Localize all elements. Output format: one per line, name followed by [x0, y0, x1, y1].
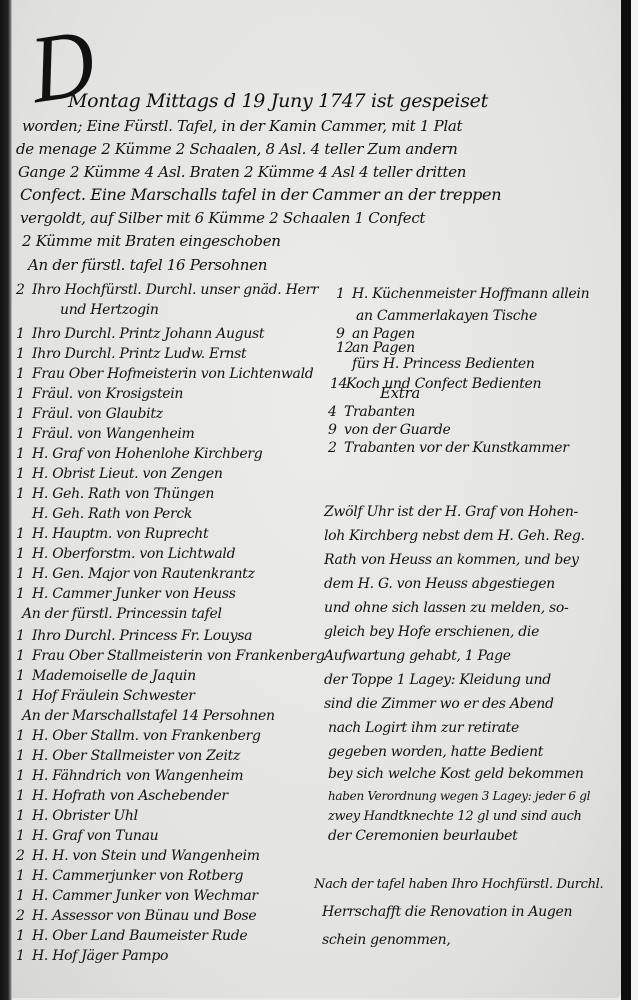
list-item: 1H. Hof Jäger Pampo: [16, 948, 168, 965]
list-item: 1H. Cammer Junker von Heuss: [16, 586, 236, 603]
paragraph-line: Rath von Heuss an kommen, und bey: [324, 552, 579, 569]
list-item: 1H. Obrister Uhl: [16, 808, 138, 825]
list-item: an Cammerlakayen Tische: [356, 308, 537, 325]
list-item: 1H. Obrist Lieut. von Zengen: [16, 466, 223, 483]
list-item: 1H. Ober Land Baumeister Rude: [16, 928, 247, 945]
paragraph-line: gegeben worden, hatte Bedient: [328, 744, 543, 761]
right-scan-edge: [621, 0, 631, 1000]
paragraph-line: gleich bey Hofe erschienen, die: [324, 624, 539, 641]
paragraph-line: haben Verordnung wegen 3 Lagey: jeder 6 …: [328, 788, 590, 805]
list-item: 1H. Ober Stallm. von Frankenberg: [16, 728, 261, 745]
list-item: 1H. Cammer Junker von Wechmar: [16, 888, 258, 905]
header-line-5: Confect. Eine Marschalls tafel in der Ca…: [20, 186, 501, 204]
header-line-6: vergoldt, auf Silber mit 6 Kümme 2 Schaa…: [20, 209, 425, 227]
list-item: 1H. Oberforstm. von Lichtwald: [16, 546, 235, 563]
paragraph-line: der Ceremonien beurlaubet: [328, 828, 518, 845]
paragraph-line: Herrschafft die Renovation in Augen: [322, 904, 572, 921]
extra-heading: Extra: [380, 384, 420, 402]
list-item: 1Mademoiselle de Jaquin: [16, 668, 196, 685]
list-item: 2Trabanten vor der Kunstkammer: [328, 440, 569, 457]
paragraph-line: sind die Zimmer wo er des Abend: [324, 696, 554, 713]
header-line-3: de menage 2 Kümme 2 Schaalen, 8 Asl. 4 t…: [16, 140, 458, 158]
list-item: 1H. Hauptm. von Ruprecht: [16, 526, 208, 543]
header-line-2: worden; Eine Fürstl. Tafel, in der Kamin…: [22, 117, 462, 135]
list-item: 1H. Küchenmeister Hoffmann allein: [336, 286, 589, 303]
list-item: 1Frau Ober Stallmeisterin von Frankenber…: [16, 648, 325, 665]
paragraph-line: dem H. G. von Heuss abgestiegen: [324, 576, 555, 593]
list-item: 1Ihro Durchl. Printz Johann August: [16, 326, 264, 343]
list-item: 1H. Geh. Rath von Thüngen: [16, 486, 214, 503]
paragraph-line: Aufwartung gehabt, 1 Page: [324, 648, 511, 665]
paragraph-line: loh Kirchberg nebst dem H. Geh. Reg.: [324, 528, 585, 545]
paragraph-line: und ohne sich lassen zu melden, so-: [324, 600, 568, 617]
list-item: 1H. Graf von Tunau: [16, 828, 158, 845]
list-item: 1H. Graf von Hohenlohe Kirchberg: [16, 446, 262, 463]
list-item: 1Hof Fräulein Schwester: [16, 688, 195, 705]
list-item: 1H. Ober Stallmeister von Zeitz: [16, 748, 240, 765]
scanned-page: D Montag Mittags d 19 Juny 1747 ist gesp…: [0, 0, 638, 1000]
list-item: 2H. Assessor von Bünau und Bose: [16, 908, 256, 925]
list-item: 4Trabanten: [328, 404, 415, 421]
list-item: und Hertzogin: [60, 302, 159, 319]
list-item: 1H. Fähndrich von Wangenheim: [16, 768, 243, 785]
list-item: 1Fräul. von Wangenheim: [16, 426, 195, 443]
list-item: 1Ihro Durchl. Princess Fr. Louysa: [16, 628, 252, 645]
list-item: 9von der Guarde: [328, 422, 450, 439]
section-heading-princess-table: An der fürstl. Princessin tafel: [22, 606, 222, 623]
paragraph-line: zwey Handtknechte 12 gl und sind auch: [328, 808, 582, 825]
header-line-1: Montag Mittags d 19 Juny 1747 ist gespei…: [68, 90, 488, 112]
list-item: 1Fräul. von Krosigstein: [16, 386, 183, 403]
left-scan-edge: [0, 0, 12, 1000]
list-item: 12an Pagen: [336, 340, 415, 357]
paragraph-line: Zwölf Uhr ist der H. Graf von Hohen-: [324, 504, 578, 521]
list-item: 2Ihro Hochfürstl. Durchl. unser gnäd. He…: [16, 282, 318, 299]
section-heading-prince-table: An der fürstl. tafel 16 Persohnen: [28, 256, 267, 274]
header-line-4: Gange 2 Kümme 4 Asl. Braten 2 Kümme 4 As…: [18, 163, 466, 181]
list-item: H. Geh. Rath von Perck: [16, 506, 192, 523]
list-item: 1Ihro Durchl. Printz Ludw. Ernst: [16, 346, 246, 363]
paragraph-line: Nach der tafel haben Ihro Hochfürstl. Du…: [314, 876, 603, 893]
list-item: fürs H. Princess Bedienten: [352, 356, 535, 373]
list-item: 14Koch und Confect Bedienten: [330, 376, 541, 393]
list-item: 1Frau Ober Hofmeisterin von Lichtenwald: [16, 366, 313, 383]
right-margin: [631, 0, 638, 1000]
section-heading-marshal-table: An der Marschallstafel 14 Persohnen: [22, 708, 275, 725]
list-item: 1H. Gen. Major von Rautenkrantz: [16, 566, 255, 583]
list-item: 1H. Cammerjunker von Rotberg: [16, 868, 243, 885]
list-item: 1H. Hofrath von Aschebender: [16, 788, 228, 805]
paragraph-line: der Toppe 1 Lagey: Kleidung und: [324, 672, 551, 689]
paragraph-line: bey sich welche Kost geld bekommen: [328, 766, 584, 783]
list-item: 2H. H. von Stein und Wangenheim: [16, 848, 260, 865]
header-line-7: 2 Kümme mit Braten eingeschoben: [22, 232, 281, 250]
list-item: 1Fräul. von Glaubitz: [16, 406, 163, 423]
paragraph-line: nach Logirt ihm zur retirate: [328, 720, 519, 737]
paragraph-line: schein genommen,: [322, 932, 450, 949]
